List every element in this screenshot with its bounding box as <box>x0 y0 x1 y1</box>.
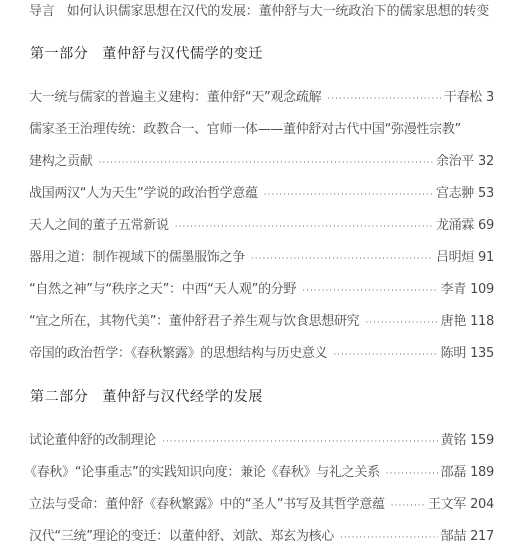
part-one-heading: 第一部分董仲舒与汉代儒学的变迁 <box>30 44 263 64</box>
dot-leader <box>340 528 438 548</box>
dot-leader <box>333 345 437 365</box>
toc-entry[interactable]: 天人之间的董子五常新说 龙涌霖 69 <box>29 216 494 236</box>
entry-page: 118 <box>470 312 494 332</box>
entry-author: 郜喆 <box>441 527 466 547</box>
toc-entry[interactable]: 汉代“三统”理论的变迁：以董仲舒、刘歆、郑玄为核心 郜喆 217 <box>29 527 494 547</box>
entry-author: 黄铭 <box>441 431 466 451</box>
entry-page: 3 <box>486 88 494 108</box>
part-title: 董仲舒与汉代儒学的变迁 <box>102 46 263 62</box>
dot-leader <box>175 217 433 237</box>
entry-page: 159 <box>470 431 494 451</box>
dot-leader <box>391 496 425 516</box>
toc-entry[interactable]: “自然之神”与“秩序之天”：中西“天人观”的分野 李青 109 <box>29 280 494 300</box>
toc-entry[interactable]: 立法与受命：董仲舒《春秋繁露》中的“圣人”书写及其哲学意蕴 王文军 204 <box>29 495 494 515</box>
entry-title: 大一统与儒家的普遍主义建构：董仲舒“天”观念疏解 <box>29 88 321 108</box>
dot-leader <box>386 464 438 484</box>
entry-author: 邵磊 <box>441 463 466 483</box>
toc-entry[interactable]: 器用之道：制作视域下的儒墨服饰之争 吕明烜 91 <box>29 248 494 268</box>
entry-title: “自然之神”与“秩序之天”：中西“天人观”的分野 <box>29 280 296 300</box>
entry-page: 53 <box>478 184 494 204</box>
intro-entry[interactable]: 导言如何认识儒家思想在汉代的发展：董仲舒与大一统政治下的儒家思想的转变 <box>29 3 489 21</box>
entry-author: 宫志翀 <box>436 184 474 204</box>
entry-author: 余治平 <box>436 152 474 172</box>
entry-author: 龙涌霖 <box>436 216 474 236</box>
entry-page: 204 <box>470 495 494 515</box>
entry-title: 器用之道：制作视域下的儒墨服饰之争 <box>29 248 245 268</box>
entry-author: 李青 <box>441 280 466 300</box>
part-two-heading: 第二部分董仲舒与汉代经学的发展 <box>30 387 263 407</box>
toc-entry-title-line1[interactable]: 儒家圣王治理传统：政教合一、官师一体——董仲舒对古代中国“弥漫性宗教” <box>29 120 494 140</box>
toc-entry[interactable]: 建构之贡献 余治平 32 <box>29 152 494 172</box>
entry-page: 217 <box>470 527 494 547</box>
entry-author: 干春松 <box>444 88 482 108</box>
dot-leader <box>302 281 437 301</box>
dot-leader <box>264 185 433 205</box>
dot-leader <box>99 153 433 173</box>
entry-title: 帝国的政治哲学：《春秋繁露》的思想结构与历史意义 <box>29 344 327 364</box>
toc-entry[interactable]: 《春秋》“论事重志”的实践知识向度：兼论《春秋》与礼之关系 邵磊 189 <box>24 463 494 483</box>
entry-title: 试论董仲舒的改制理论 <box>29 431 156 451</box>
toc-entry[interactable]: 大一统与儒家的普遍主义建构：董仲舒“天”观念疏解 干春松 3 <box>29 88 494 108</box>
entry-title-continued: 建构之贡献 <box>29 152 93 172</box>
part-label: 第一部分 <box>30 46 88 62</box>
dot-leader <box>327 89 441 109</box>
toc-entry[interactable]: 帝国的政治哲学：《春秋繁露》的思想结构与历史意义 陈明 135 <box>29 344 494 364</box>
entry-title: 立法与受命：董仲舒《春秋繁露》中的“圣人”书写及其哲学意蕴 <box>29 495 385 515</box>
entry-author: 陈明 <box>441 344 466 364</box>
intro-title: 如何认识儒家思想在汉代的发展：董仲舒与大一统政治下的儒家思想的转变 <box>67 4 489 19</box>
entry-title: “宜之所在，其物代美”：董仲舒君子养生观与饮食思想研究 <box>29 312 359 332</box>
intro-label: 导言 <box>29 4 55 19</box>
entry-title: 汉代“三统”理论的变迁：以董仲舒、刘歆、郑玄为核心 <box>29 527 334 547</box>
entry-page: 91 <box>478 248 494 268</box>
entry-title: 战国两汉“人为天生”学说的政治哲学意蕴 <box>29 184 258 204</box>
dot-leader <box>365 313 437 333</box>
entry-author: 唐艳 <box>441 312 466 332</box>
dot-leader <box>162 432 438 452</box>
toc-entry[interactable]: “宜之所在，其物代美”：董仲舒君子养生观与饮食思想研究 唐艳 118 <box>29 312 494 332</box>
toc-entry[interactable]: 试论董仲舒的改制理论 黄铭 159 <box>29 431 494 451</box>
toc-entry[interactable]: 战国两汉“人为天生”学说的政治哲学意蕴 宫志翀 53 <box>29 184 494 204</box>
entry-title: 天人之间的董子五常新说 <box>29 216 169 236</box>
entry-page: 189 <box>470 463 494 483</box>
entry-page: 32 <box>478 152 494 172</box>
part-title: 董仲舒与汉代经学的发展 <box>102 389 263 405</box>
entry-title: 《春秋》“论事重志”的实践知识向度：兼论《春秋》与礼之关系 <box>24 463 380 483</box>
part-label: 第二部分 <box>30 389 88 405</box>
entry-page: 69 <box>478 216 494 236</box>
entry-author: 吕明烜 <box>436 248 474 268</box>
entry-author: 王文军 <box>428 495 466 515</box>
entry-title: 儒家圣王治理传统：政教合一、官师一体——董仲舒对古代中国“弥漫性宗教” <box>29 122 461 137</box>
entry-page: 135 <box>470 344 494 364</box>
entry-page: 109 <box>470 280 494 300</box>
dot-leader <box>251 249 433 269</box>
